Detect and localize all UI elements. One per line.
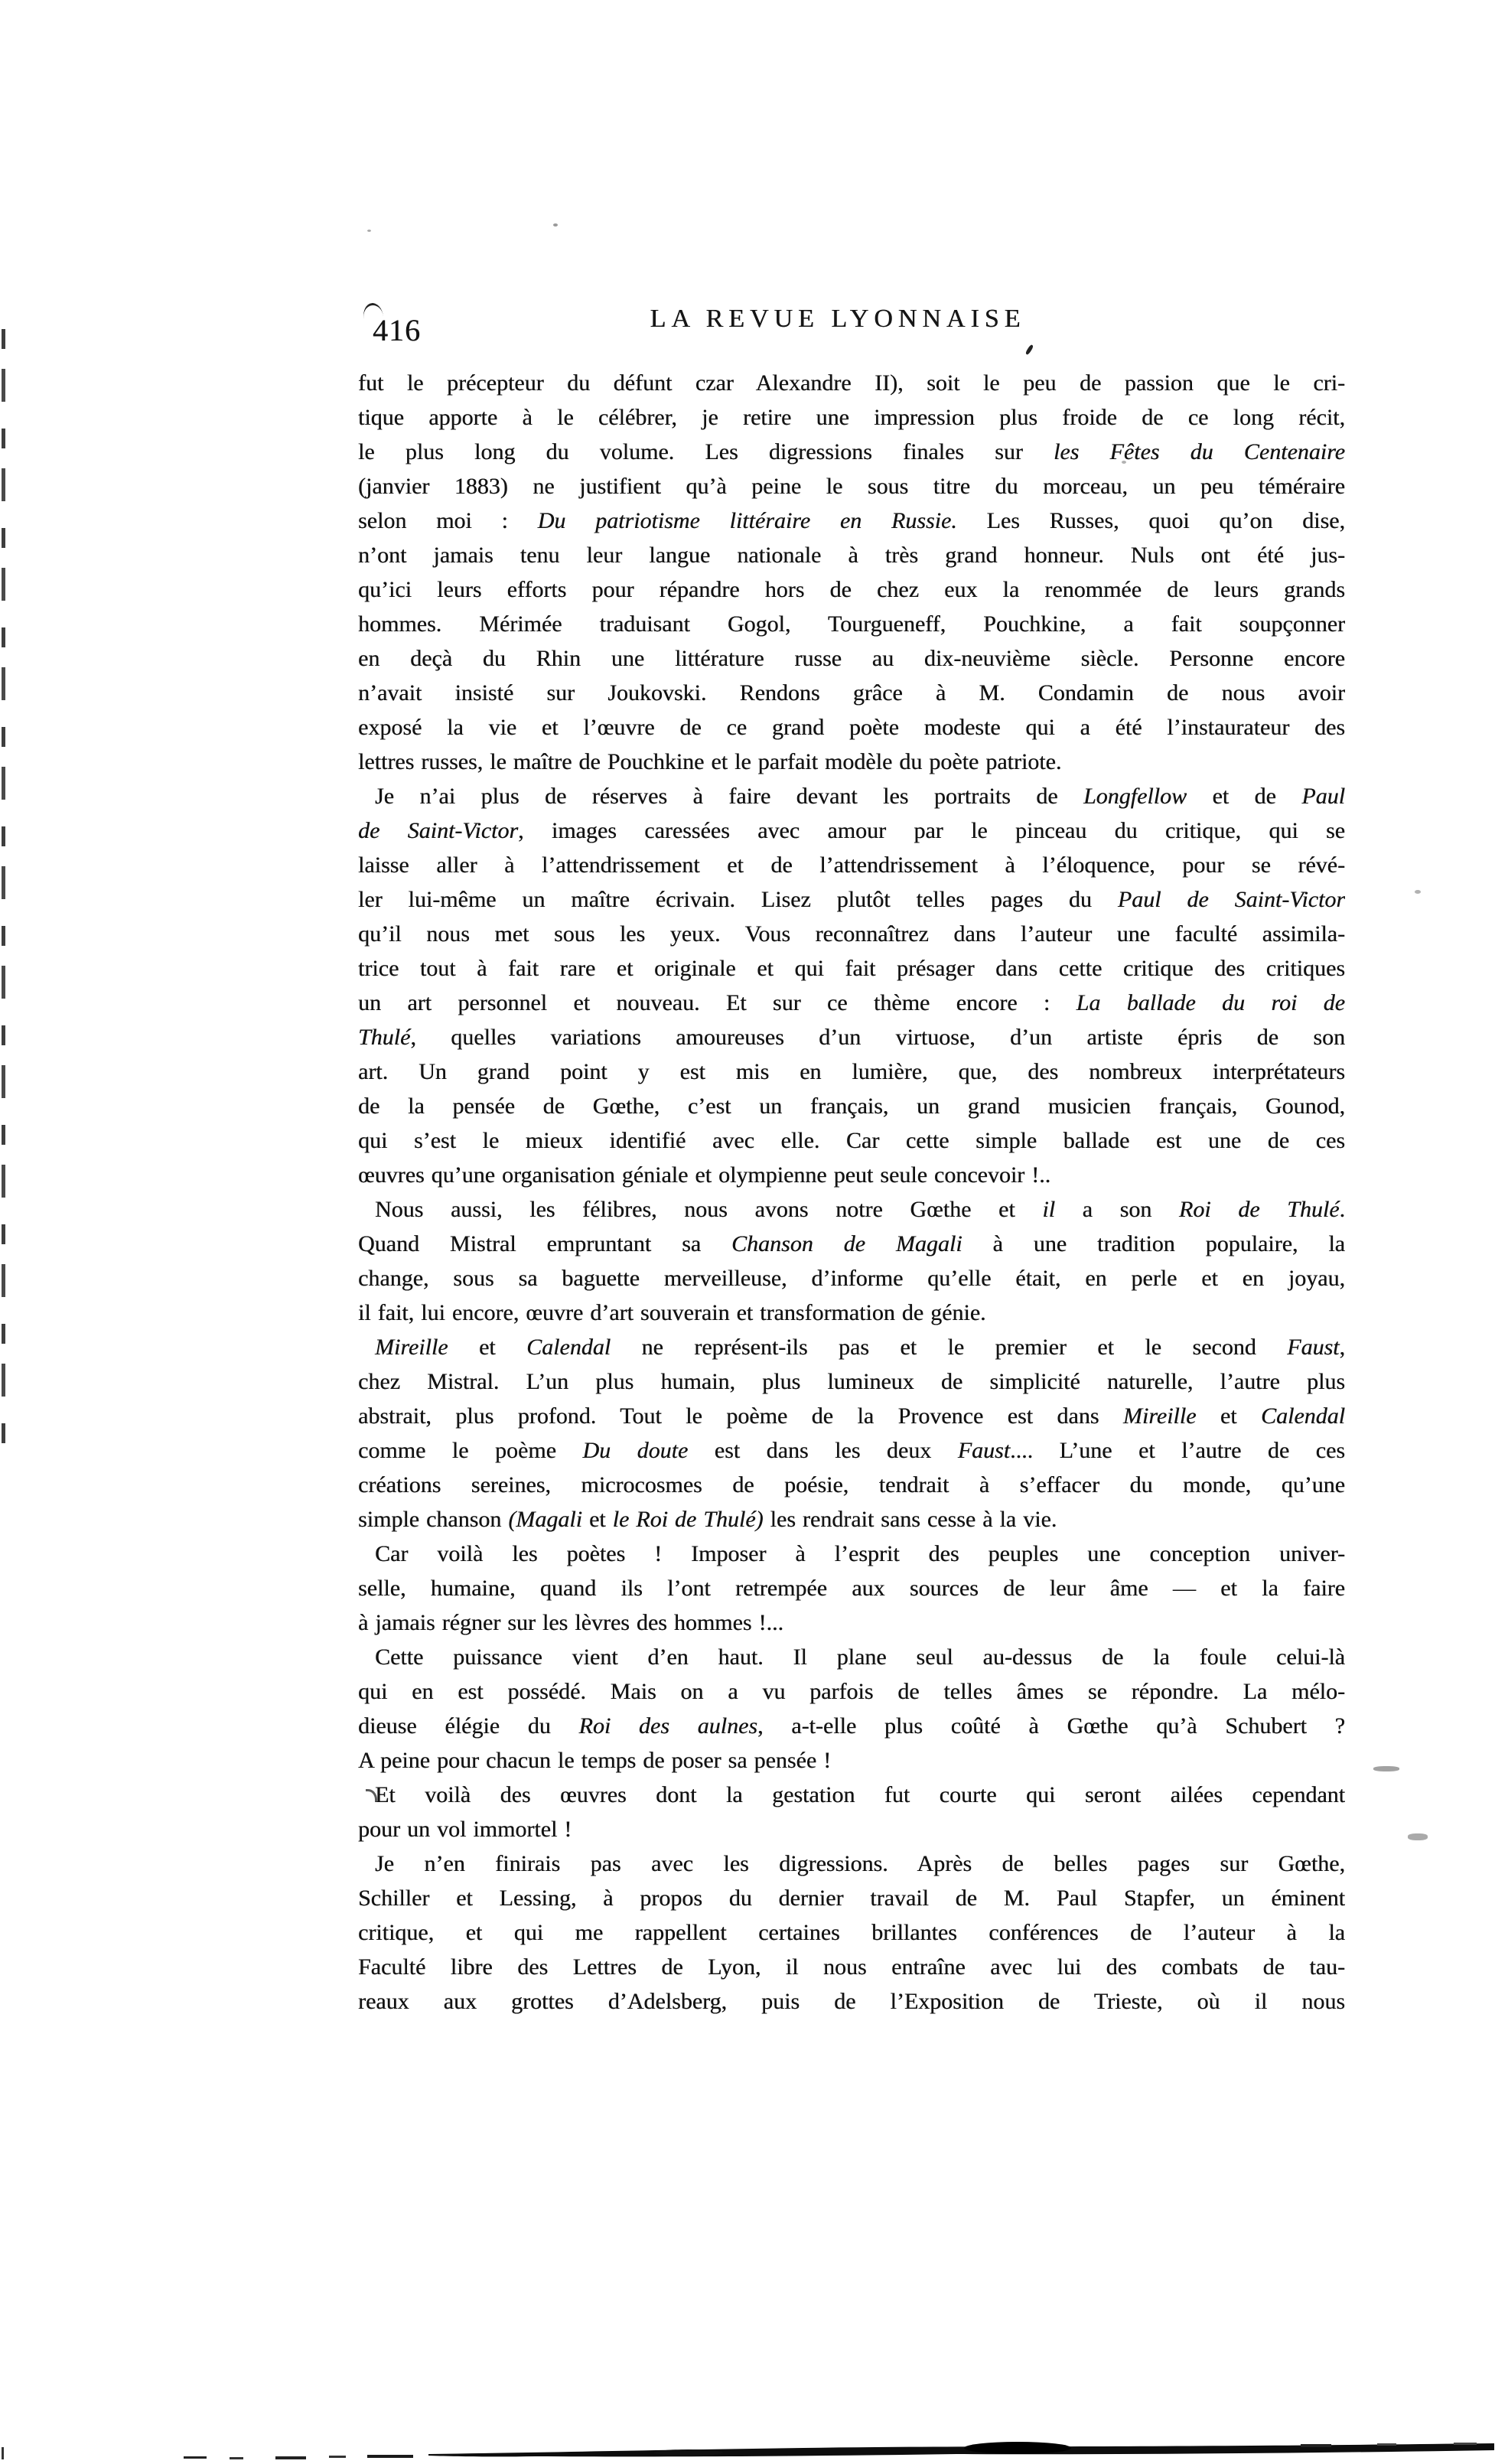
text-segment: simple chanson xyxy=(358,1507,508,1532)
text-segment: le plus long du volume. Les digressions … xyxy=(358,439,1054,464)
text-segment: hommes. Mérimée traduisant Gogol, Tourgu… xyxy=(358,611,1345,637)
text-segment: exposé la vie et l’œuvre de ce grand poè… xyxy=(358,715,1345,740)
text-segment: .... L’une et l’autre de ces xyxy=(1010,1438,1345,1463)
text-line: tique apporte à le célébrer, je retire u… xyxy=(358,400,1345,435)
text-line: ler lui-même un maître écrivain. Lisez p… xyxy=(358,882,1345,917)
running-head-title: LA REVUE LYONNAISE xyxy=(340,305,1336,334)
text-segment: n’ont jamais tenu leur langue nationale … xyxy=(358,543,1345,568)
text-segment: Car voilà les poètes ! Imposer à l’espri… xyxy=(375,1541,1345,1566)
italic-text-segment: de Saint-Victor xyxy=(358,818,518,843)
text-segment: de la pensée de Gœthe, c’est un français… xyxy=(358,1093,1345,1119)
italic-text-segment: Calendal xyxy=(1261,1403,1345,1429)
text-line: Mireille et Calendal ne représent-ils pa… xyxy=(358,1330,1345,1364)
text-line: Quand Mistral empruntant sa Chanson de M… xyxy=(358,1227,1345,1261)
text-line: laisse aller à l’attendrissement et de l… xyxy=(358,848,1345,882)
text-line: exposé la vie et l’œuvre de ce grand poè… xyxy=(358,710,1345,745)
text-line: critique, et qui me rappellent certaines… xyxy=(358,1915,1345,1950)
text-segment: , images caressées avec amour par le pin… xyxy=(518,818,1345,843)
text-segment: qu’il nous met sous les yeux. Vous recon… xyxy=(358,921,1345,947)
text-segment: tique apporte à le célébrer, je retire u… xyxy=(358,405,1345,430)
text-segment: fut le précepteur du défunt czar Alexand… xyxy=(358,370,1345,396)
italic-text-segment: Roi des aulnes xyxy=(579,1713,757,1739)
text-segment: abstrait, plus profond. Tout le poème de… xyxy=(358,1403,1123,1429)
italic-text-segment: Du doute xyxy=(582,1438,688,1463)
text-line: art. Un grand point y est mis en lumière… xyxy=(358,1054,1345,1089)
text-segment: Quand Mistral empruntant sa xyxy=(358,1231,731,1256)
text-segment: Et voilà des œuvres dont la gestation fu… xyxy=(375,1782,1345,1807)
text-line: Faculté libre des Lettres de Lyon, il no… xyxy=(358,1950,1345,1984)
text-line: qu’il nous met sous les yeux. Vous recon… xyxy=(358,917,1345,951)
text-segment: et xyxy=(1196,1403,1261,1429)
text-line: dieuse élégie du Roi des aulnes, a-t-ell… xyxy=(358,1709,1345,1743)
text-segment: (janvier 1883) ne justifient qu’à peine … xyxy=(358,474,1345,499)
text-segment: est dans les deux xyxy=(688,1438,957,1463)
text-line: (janvier 1883) ne justifient qu’à peine … xyxy=(358,469,1345,504)
text-segment: lettres russes, le maître de Pouchkine e… xyxy=(358,749,1061,774)
text-segment: n’avait insisté sur Joukovski. Rendons g… xyxy=(358,680,1345,706)
page-bottom-edge-artifact xyxy=(0,2432,1495,2464)
text-segment: qui en est possédé. Mais on a vu parfois… xyxy=(358,1679,1345,1704)
text-segment: , a-t-elle plus coûté à Gœthe qu’à Schub… xyxy=(757,1713,1345,1739)
text-segment: laisse aller à l’attendrissement et de l… xyxy=(358,852,1345,878)
text-segment: selon moi : xyxy=(358,508,538,533)
italic-text-segment: les Fêtes du Centenaire xyxy=(1054,439,1345,464)
text-line: le plus long du volume. Les digressions … xyxy=(358,435,1345,469)
text-segment: en deçà du Rhin une littérature russe au… xyxy=(358,646,1345,671)
text-line: n’ont jamais tenu leur langue nationale … xyxy=(358,538,1345,572)
text-segment: à jamais régner sur les lèvres des homme… xyxy=(358,1610,783,1635)
italic-text-segment: Roi de Thulé xyxy=(1179,1197,1340,1222)
text-line: A peine pour chacun le temps de poser sa… xyxy=(358,1743,1345,1778)
scan-speck xyxy=(1122,461,1126,464)
text-line: Je n’en finirais pas avec les digression… xyxy=(358,1846,1345,1881)
italic-text-segment: Faust xyxy=(958,1438,1010,1463)
italic-text-segment: (Magali xyxy=(508,1507,582,1532)
text-segment: chez Mistral. L’un plus humain, plus lum… xyxy=(358,1369,1345,1394)
text-line: créations sereines, microcosmes de poési… xyxy=(358,1468,1345,1502)
italic-text-segment: Faust xyxy=(1287,1335,1339,1360)
text-segment: Je n’en finirais pas avec les digression… xyxy=(375,1851,1345,1876)
text-segment: qui s’est le mieux identifié avec elle. … xyxy=(358,1128,1345,1153)
text-segment: Schiller et Lessing, à propos du dernier… xyxy=(358,1885,1345,1911)
text-segment: a son xyxy=(1055,1197,1179,1222)
italic-text-segment: Mireille xyxy=(1123,1403,1197,1429)
text-line: n’avait insisté sur Joukovski. Rendons g… xyxy=(358,676,1345,710)
text-line: abstrait, plus profond. Tout le poème de… xyxy=(358,1399,1345,1433)
italic-text-segment: Du patriotisme littéraire en Russie. xyxy=(538,508,957,533)
text-line: pour un vol immortel ! xyxy=(358,1812,1345,1846)
text-segment: Je n’ai plus de réserves à faire devant … xyxy=(375,784,1083,809)
text-line: à jamais régner sur les lèvres des homme… xyxy=(358,1605,1345,1640)
text-segment: Cette puissance vient d’en haut. Il plan… xyxy=(375,1644,1345,1670)
text-segment: à une tradition populaire, la xyxy=(962,1231,1345,1256)
text-segment: Les Russes, quoi qu’on dise, xyxy=(957,508,1345,533)
text-line: de la pensée de Gœthe, c’est un français… xyxy=(358,1089,1345,1123)
text-segment: trice tout à fait rare et originale et q… xyxy=(358,956,1345,981)
text-line: trice tout à fait rare et originale et q… xyxy=(358,951,1345,986)
text-line: Schiller et Lessing, à propos du dernier… xyxy=(358,1881,1345,1915)
text-line: selle, humaine, quand ils l’ont retrempé… xyxy=(358,1571,1345,1605)
text-line: Je n’ai plus de réserves à faire devant … xyxy=(358,779,1345,813)
text-line: fut le précepteur du défunt czar Alexand… xyxy=(358,366,1345,400)
text-segment: créations sereines, microcosmes de poési… xyxy=(358,1472,1345,1498)
scanned-book-page: 416 LA REVUE LYONNAISE fut le précepteur… xyxy=(0,0,1495,2464)
running-head-row: 416 LA REVUE LYONNAISE xyxy=(0,303,1495,349)
text-segment: art. Un grand point y est mis en lumière… xyxy=(358,1059,1345,1084)
text-segment: qu’ici leurs efforts pour répandre hors … xyxy=(358,577,1345,602)
text-line: Cette puissance vient d’en haut. Il plan… xyxy=(358,1640,1345,1674)
text-segment: et de xyxy=(1187,784,1301,809)
italic-text-segment: Paul xyxy=(1301,784,1345,809)
text-segment: A peine pour chacun le temps de poser sa… xyxy=(358,1748,831,1773)
text-line: chez Mistral. L’un plus humain, plus lum… xyxy=(358,1364,1345,1399)
scan-speck xyxy=(553,223,558,227)
text-segment: les rendrait sans cesse à la vie. xyxy=(764,1507,1057,1532)
italic-text-segment: il xyxy=(1042,1197,1055,1222)
scan-gutter-line xyxy=(2,329,5,1462)
text-line: un art personnel et nouveau. Et sur ce t… xyxy=(358,986,1345,1020)
text-line: comme le poème Du doute est dans les deu… xyxy=(358,1433,1345,1468)
text-segment: un art personnel et nouveau. Et sur ce t… xyxy=(358,990,1076,1015)
text-segment: il fait, lui encore, œuvre d’art souvera… xyxy=(358,1300,986,1325)
text-line: qu’ici leurs efforts pour répandre hors … xyxy=(358,572,1345,607)
text-segment: , quelles variations amoureuses d’un vir… xyxy=(410,1025,1345,1050)
text-segment: reaux aux grottes d’Adelsberg, puis de l… xyxy=(358,1989,1345,2014)
italic-text-segment: Thulé xyxy=(358,1025,410,1050)
text-line: hommes. Mérimée traduisant Gogol, Tourgu… xyxy=(358,607,1345,641)
text-segment: comme le poème xyxy=(358,1438,582,1463)
italic-text-segment: Mireille xyxy=(375,1335,448,1360)
text-line: Car voilà les poètes ! Imposer à l’espri… xyxy=(358,1537,1345,1571)
text-segment: ne représent-ils pas et le premier et le… xyxy=(611,1335,1287,1360)
text-line: reaux aux grottes d’Adelsberg, puis de l… xyxy=(358,1984,1345,2019)
text-line: qui en est possédé. Mais on a vu parfois… xyxy=(358,1674,1345,1709)
italic-text-segment: Paul de Saint-Victor xyxy=(1118,887,1345,912)
italic-text-segment: Chanson de Magali xyxy=(731,1231,962,1256)
text-segment: dieuse élégie du xyxy=(358,1713,579,1739)
text-line: en deçà du Rhin une littérature russe au… xyxy=(358,641,1345,676)
scan-speck xyxy=(1415,890,1421,894)
italic-text-segment: le Roi de Thulé) xyxy=(613,1507,764,1532)
text-segment: selle, humaine, quand ils l’ont retrempé… xyxy=(358,1576,1345,1601)
text-segment: Nous aussi, les félibres, nous avons not… xyxy=(375,1197,1042,1222)
text-line: qui s’est le mieux identifié avec elle. … xyxy=(358,1123,1345,1158)
text-line: lettres russes, le maître de Pouchkine e… xyxy=(358,745,1345,779)
text-segment: critique, et qui me rappellent certaines… xyxy=(358,1920,1345,1945)
text-segment: et xyxy=(582,1507,613,1532)
text-line: Thulé, quelles variations amoureuses d’u… xyxy=(358,1020,1345,1054)
text-line: change, sous sa baguette merveilleuse, d… xyxy=(358,1261,1345,1296)
text-line: de Saint-Victor, images caressées avec a… xyxy=(358,813,1345,848)
scan-speck xyxy=(1408,1833,1428,1840)
text-segment: . xyxy=(1340,1197,1345,1222)
text-segment: pour un vol immortel ! xyxy=(358,1817,572,1842)
text-block: fut le précepteur du défunt czar Alexand… xyxy=(358,366,1345,2019)
text-line: simple chanson (Magali et le Roi de Thul… xyxy=(358,1502,1345,1537)
text-segment: œuvres qu’une organisation géniale et ol… xyxy=(358,1162,1050,1188)
text-segment: ler lui-même un maître écrivain. Lisez p… xyxy=(358,887,1118,912)
text-line: œuvres qu’une organisation géniale et ol… xyxy=(358,1158,1345,1192)
text-segment: Faculté libre des Lettres de Lyon, il no… xyxy=(358,1954,1345,1980)
scan-speck xyxy=(367,230,371,232)
italic-text-segment: Calendal xyxy=(526,1335,611,1360)
italic-text-segment: La ballade du roi de xyxy=(1076,990,1345,1015)
text-segment: change, sous sa baguette merveilleuse, d… xyxy=(358,1266,1345,1291)
italic-text-segment: Longfellow xyxy=(1083,784,1187,809)
text-line: Et voilà des œuvres dont la gestation fu… xyxy=(358,1778,1345,1812)
text-line: Nous aussi, les félibres, nous avons not… xyxy=(358,1192,1345,1227)
text-segment: et xyxy=(448,1335,527,1360)
text-line: selon moi : Du patriotisme littéraire en… xyxy=(358,504,1345,538)
text-line: il fait, lui encore, œuvre d’art souvera… xyxy=(358,1296,1345,1330)
scan-speck xyxy=(1373,1766,1399,1771)
text-segment: , xyxy=(1340,1335,1345,1360)
